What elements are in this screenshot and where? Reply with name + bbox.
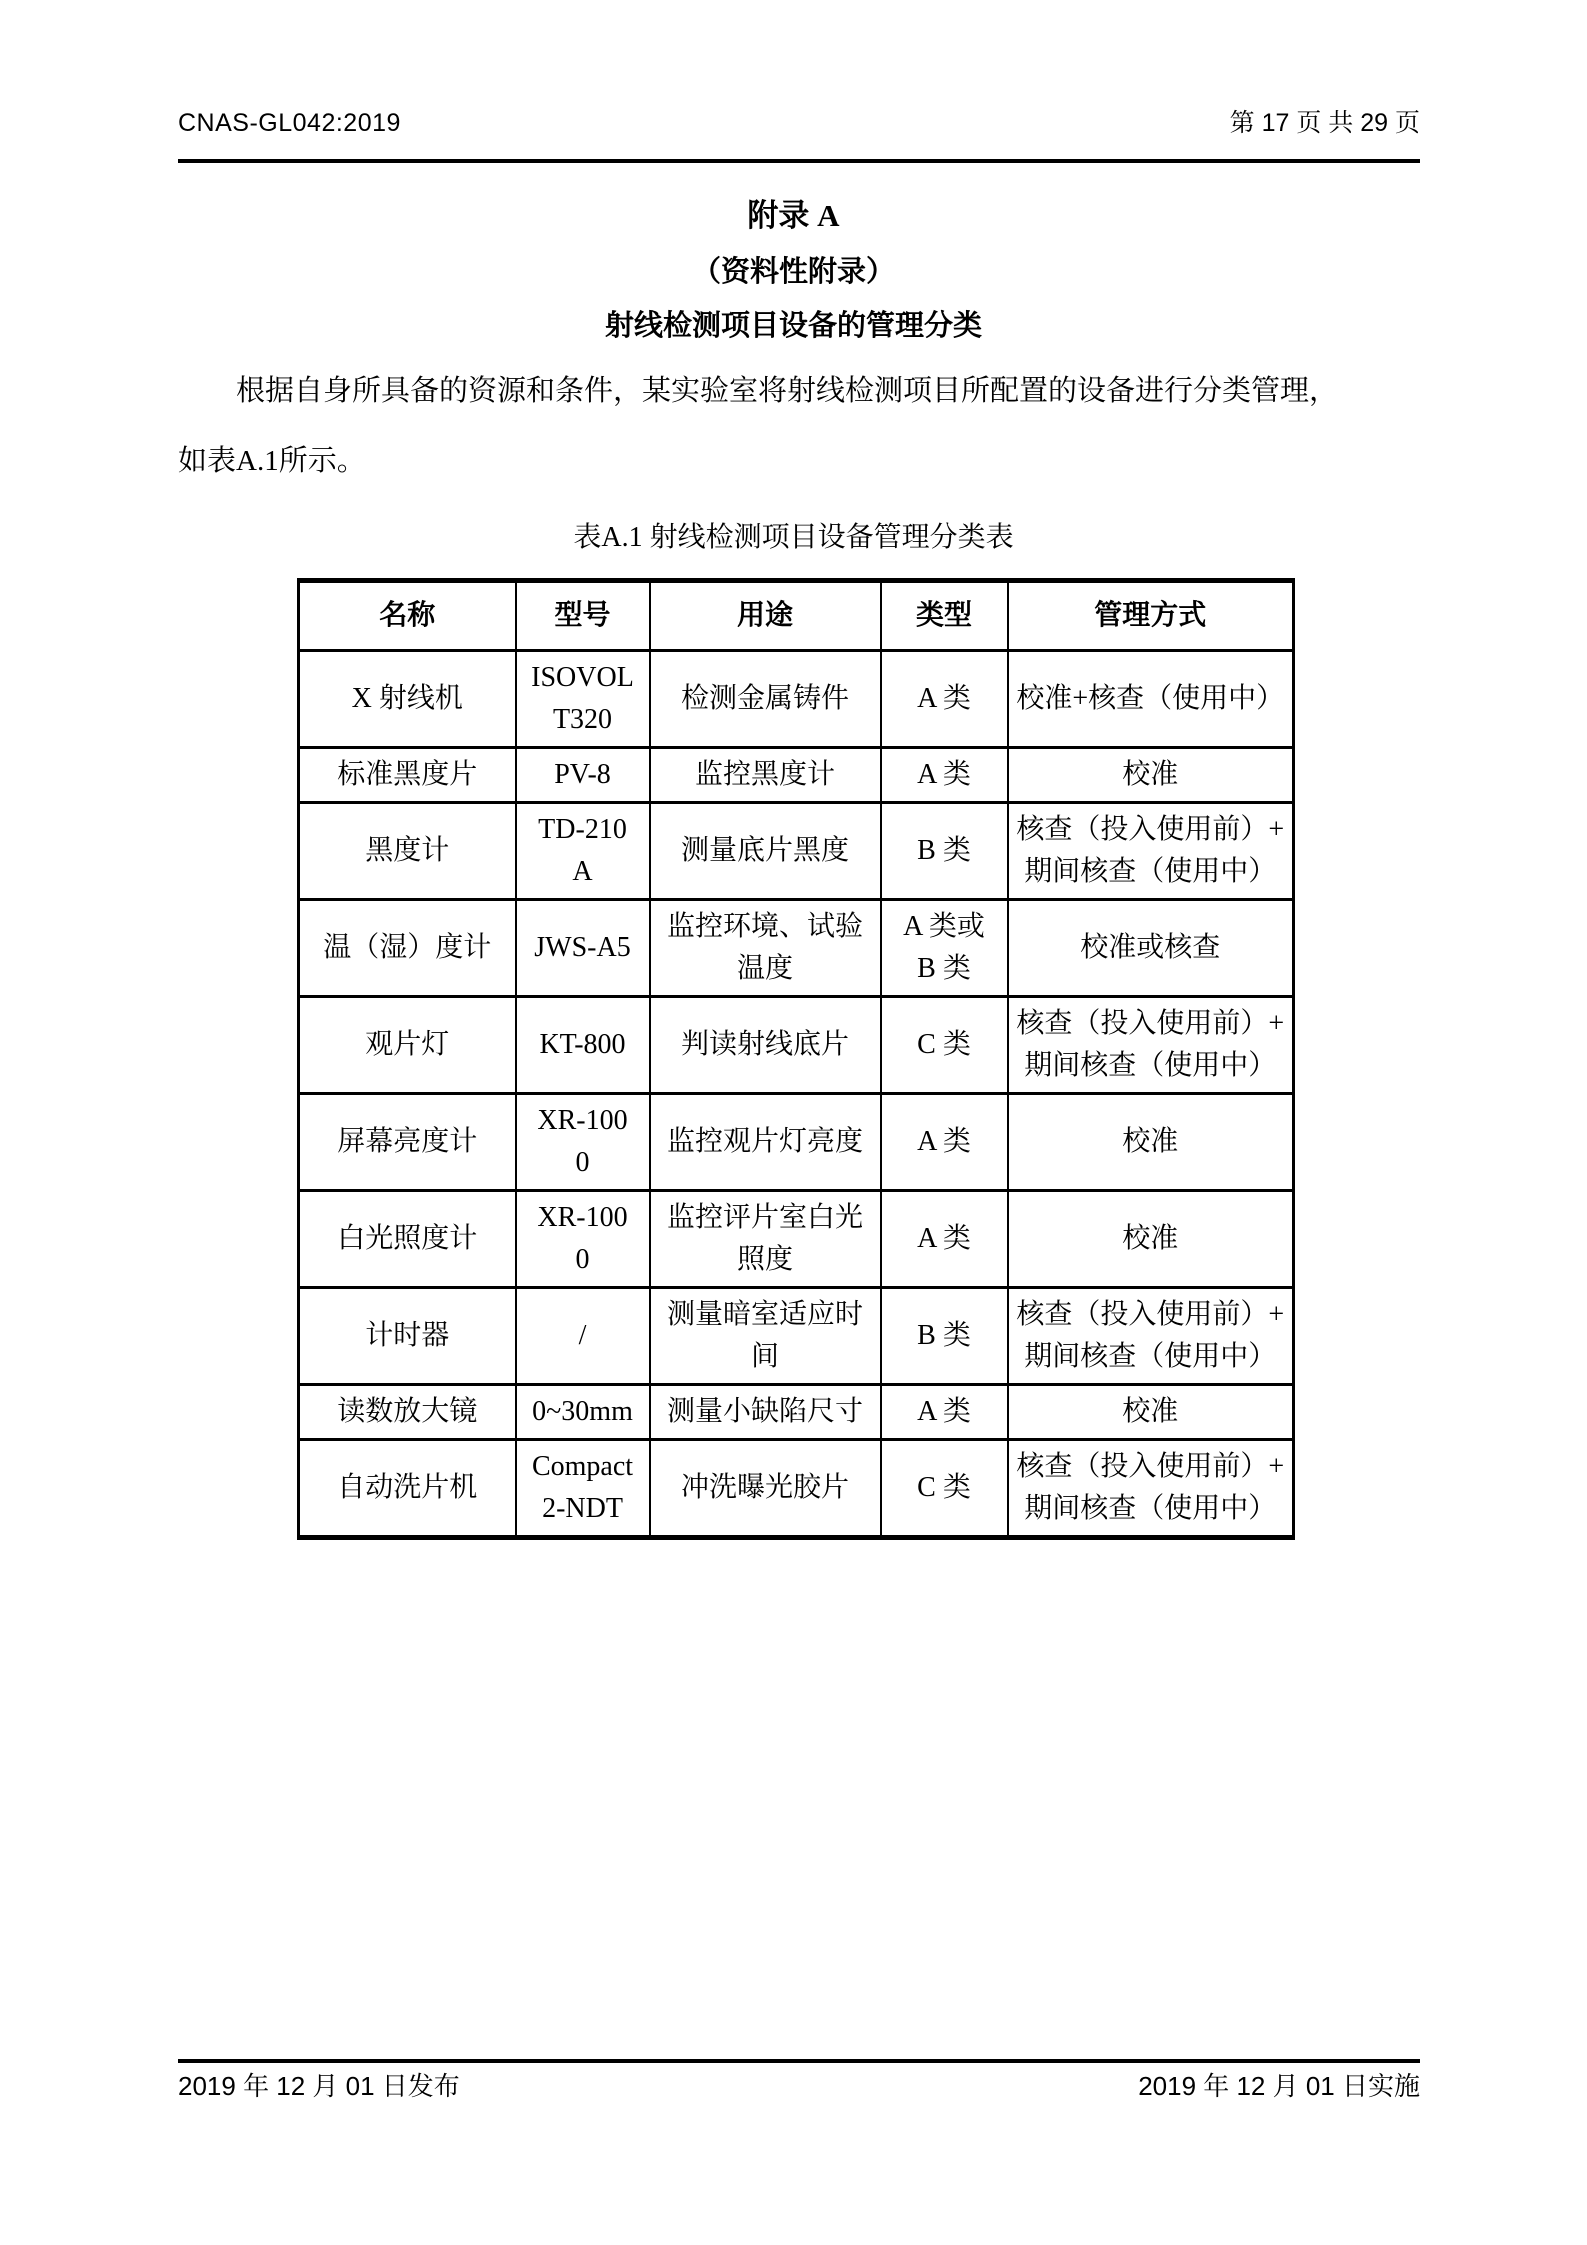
table-cell: ISOVOL T320	[516, 651, 650, 748]
table-cell: A 类	[881, 1385, 1008, 1440]
table-cell: 校准	[1008, 1094, 1294, 1191]
table-cell: 测量小缺陷尺寸	[650, 1385, 881, 1440]
table-cell: A 类	[881, 1191, 1008, 1288]
document-page: CNAS-GL042:2019 第 17 页 共 29 页 附录 A （资料性附…	[0, 0, 1587, 2245]
table-cell: JWS-A5	[516, 900, 650, 997]
table-cell: 校准+核查（使用中）	[1008, 651, 1294, 748]
table-row: 读数放大镜0~30mm测量小缺陷尺寸A 类校准	[299, 1385, 1294, 1440]
table-cell: 监控黑度计	[650, 748, 881, 803]
table-cell: 校准	[1008, 748, 1294, 803]
table-cell: 校准	[1008, 1191, 1294, 1288]
table-row: 观片灯KT-800判读射线底片C 类核查（投入使用前）+ 期间核查（使用中）	[299, 997, 1294, 1094]
table-cell: 自动洗片机	[299, 1440, 516, 1538]
table-row: 白光照度计XR-100 0监控评片室白光 照度A 类校准	[299, 1191, 1294, 1288]
table-cell: 读数放大镜	[299, 1385, 516, 1440]
table-cell: 测量底片黑度	[650, 803, 881, 900]
table-cell: 判读射线底片	[650, 997, 881, 1094]
table-cell: 检测金属铸件	[650, 651, 881, 748]
table-cell: 计时器	[299, 1288, 516, 1385]
table-cell: A 类	[881, 1094, 1008, 1191]
table-cell: 校准	[1008, 1385, 1294, 1440]
table-body: X 射线机ISOVOL T320检测金属铸件A 类校准+核查（使用中）标准黑度片…	[299, 651, 1294, 1538]
footer-implementation-date: 2019 年 12 月 01 日实施	[1138, 2070, 1420, 2102]
table-header-cell: 用途	[650, 581, 881, 651]
table-header-cell: 类型	[881, 581, 1008, 651]
table-cell: C 类	[881, 1440, 1008, 1538]
table-cell: 核查（投入使用前）+ 期间核查（使用中）	[1008, 997, 1294, 1094]
table-row: 计时器/测量暗室适应时 间B 类核查（投入使用前）+ 期间核查（使用中）	[299, 1288, 1294, 1385]
table-header-cell: 名称	[299, 581, 516, 651]
table-cell: TD-210 A	[516, 803, 650, 900]
table-cell: 测量暗室适应时 间	[650, 1288, 881, 1385]
appendix-title: 附录 A	[0, 196, 1587, 236]
table-header-cell: 型号	[516, 581, 650, 651]
header-page-info: 第 17 页 共 29 页	[1230, 108, 1420, 138]
table-cell: 核查（投入使用前）+ 期间核查（使用中）	[1008, 1440, 1294, 1538]
table-cell: 屏幕亮度计	[299, 1094, 516, 1191]
table-cell: 黑度计	[299, 803, 516, 900]
table-cell: 监控环境、试验 温度	[650, 900, 881, 997]
table-cell: A 类或 B 类	[881, 900, 1008, 997]
table-cell: 观片灯	[299, 997, 516, 1094]
table-cell: KT-800	[516, 997, 650, 1094]
table-cell: 监控观片灯亮度	[650, 1094, 881, 1191]
table-cell: B 类	[881, 803, 1008, 900]
body-paragraph: 根据自身所具备的资源和条件，某实验室将射线检测项目所配置的设备进行分类管理， 如…	[178, 356, 1424, 496]
table-cell: PV-8	[516, 748, 650, 803]
table-header-cell: 管理方式	[1008, 581, 1294, 651]
table-cell: 白光照度计	[299, 1191, 516, 1288]
table-cell: XR-100 0	[516, 1094, 650, 1191]
table-cell: 冲洗曝光胶片	[650, 1440, 881, 1538]
table-cell: B 类	[881, 1288, 1008, 1385]
equipment-table: 名称型号用途类型管理方式 X 射线机ISOVOL T320检测金属铸件A 类校准…	[297, 578, 1295, 1540]
table-cell: 核查（投入使用前）+ 期间核查（使用中）	[1008, 803, 1294, 900]
table-cell: XR-100 0	[516, 1191, 650, 1288]
section-title: 射线检测项目设备的管理分类	[0, 306, 1587, 346]
table-cell: C 类	[881, 997, 1008, 1094]
table-row: 温（湿）度计JWS-A5监控环境、试验 温度A 类或 B 类校准或核查	[299, 900, 1294, 997]
table-caption: 表A.1 射线检测项目设备管理分类表	[0, 518, 1587, 558]
footer-release-date: 2019 年 12 月 01 日发布	[178, 2070, 460, 2102]
appendix-subtitle: （资料性附录）	[0, 252, 1587, 292]
table-cell: A 类	[881, 651, 1008, 748]
table-row: X 射线机ISOVOL T320检测金属铸件A 类校准+核查（使用中）	[299, 651, 1294, 748]
header-rule	[178, 159, 1420, 163]
table-cell: 0~30mm	[516, 1385, 650, 1440]
table-row: 黑度计TD-210 A测量底片黑度B 类核查（投入使用前）+ 期间核查（使用中）	[299, 803, 1294, 900]
table-cell: Compact 2-NDT	[516, 1440, 650, 1538]
table-cell: 标准黑度片	[299, 748, 516, 803]
table-header-row: 名称型号用途类型管理方式	[299, 581, 1294, 651]
table-row: 自动洗片机Compact 2-NDT冲洗曝光胶片C 类核查（投入使用前）+ 期间…	[299, 1440, 1294, 1538]
table-cell: A 类	[881, 748, 1008, 803]
table-cell: 温（湿）度计	[299, 900, 516, 997]
table-cell: 校准或核查	[1008, 900, 1294, 997]
table-cell: X 射线机	[299, 651, 516, 748]
footer-rule	[178, 2059, 1420, 2063]
table-cell: 监控评片室白光 照度	[650, 1191, 881, 1288]
table-row: 标准黑度片PV-8监控黑度计A 类校准	[299, 748, 1294, 803]
table-row: 屏幕亮度计XR-100 0监控观片灯亮度A 类校准	[299, 1094, 1294, 1191]
header-doc-number: CNAS-GL042:2019	[178, 108, 401, 138]
table-cell: 核查（投入使用前）+ 期间核查（使用中）	[1008, 1288, 1294, 1385]
table-cell: /	[516, 1288, 650, 1385]
